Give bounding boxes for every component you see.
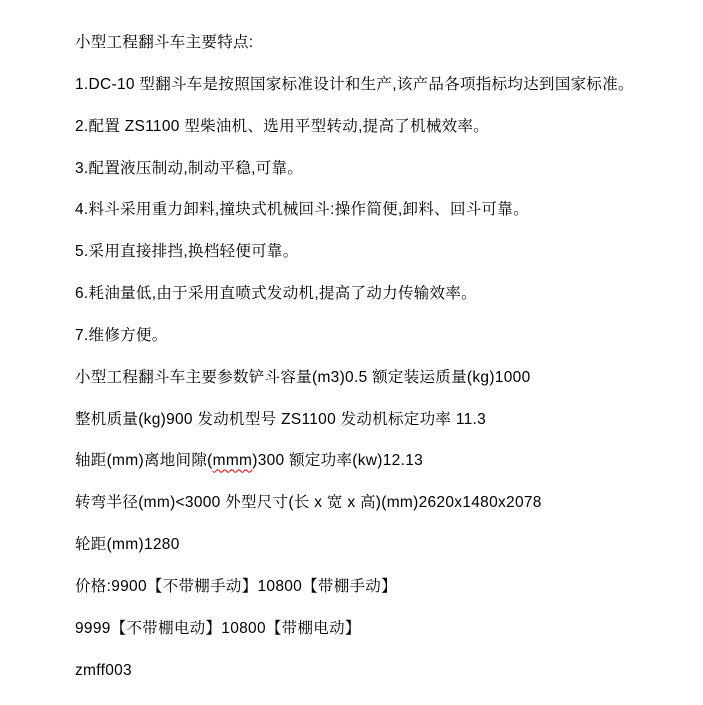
product-code: zmff003 [75,661,683,703]
params-axle-before-text: 轴距(mm)离地间隙( [75,452,213,469]
document-page: 小型工程翻斗车主要特点: 1.DC-10 型翻斗车是按照国家标准设计和生产,该产… [0,0,703,705]
feature-item-7-text: 7.维修方便。 [75,327,168,344]
feature-item-5: 5.采用直接排挡,换档轻便可靠。 [75,242,683,284]
params-axle-clearance-line: 轴距(mm)离地间隙(mmm)300 额定功率(kw)12.13 [75,451,683,493]
spellcheck-underlined-word: mmm [213,452,253,469]
params-turning-dimensions-line: 转弯半径(mm)<3000 外型尺寸(长 x 宽 x 高)(mm)2620x14… [75,493,683,535]
feature-item-7: 7.维修方便。 [75,326,683,368]
params-weight-engine-text: 整机质量(kg)900 发动机型号 ZS1100 发动机标定功率 11.3 [75,411,486,428]
params-capacity-text: 小型工程翻斗车主要参数铲斗容量(m3)0.5 额定装运质量(kg)1000 [75,369,531,386]
feature-item-4-text: 4.料斗采用重力卸料,撞块式机械回斗:操作简便,卸料、回斗可靠。 [75,201,529,218]
feature-item-5-text: 5.采用直接排挡,换档轻便可靠。 [75,243,299,260]
doc-heading-text: 小型工程翻斗车主要特点: [75,34,253,51]
price-manual-text: 价格:9900【不带棚手动】10800【带棚手动】 [75,578,397,595]
params-weight-engine-line: 整机质量(kg)900 发动机型号 ZS1100 发动机标定功率 11.3 [75,410,683,452]
feature-item-1: 1.DC-10 型翻斗车是按照国家标准设计和生产,该产品各项指标均达到国家标准。 [75,75,683,117]
feature-item-6: 6.耗油量低,由于采用直喷式发动机,提高了动力传输效率。 [75,284,683,326]
feature-item-6-text: 6.耗油量低,由于采用直喷式发动机,提高了动力传输效率。 [75,285,477,302]
price-electric-text: 9999【不带棚电动】10800【带棚电动】 [75,620,361,637]
params-track-width-text: 轮距(mm)1280 [75,536,180,553]
feature-item-2: 2.配置 ZS1100 型柴油机、选用平型转动,提高了机械效率。 [75,117,683,159]
feature-item-2-text: 2.配置 ZS1100 型柴油机、选用平型转动,提高了机械效率。 [75,118,489,135]
feature-item-3: 3.配置液压制动,制动平稳,可靠。 [75,159,683,201]
params-turning-dimensions-text: 转弯半径(mm)<3000 外型尺寸(长 x 宽 x 高)(mm)2620x14… [75,494,542,511]
params-track-width-line: 轮距(mm)1280 [75,535,683,577]
doc-heading: 小型工程翻斗车主要特点: [75,33,683,75]
feature-item-3-text: 3.配置液压制动,制动平稳,可靠。 [75,160,303,177]
price-electric-line: 9999【不带棚电动】10800【带棚电动】 [75,619,683,661]
feature-item-1-text: 1.DC-10 型翻斗车是按照国家标准设计和生产,该产品各项指标均达到国家标准。 [75,76,634,93]
product-code-text: zmff003 [75,662,132,679]
price-manual-line: 价格:9900【不带棚手动】10800【带棚手动】 [75,577,683,619]
params-capacity-line: 小型工程翻斗车主要参数铲斗容量(m3)0.5 额定装运质量(kg)1000 [75,368,683,410]
params-axle-after-text: )300 额定功率(kw)12.13 [252,452,423,469]
feature-item-4: 4.料斗采用重力卸料,撞块式机械回斗:操作简便,卸料、回斗可靠。 [75,200,683,242]
